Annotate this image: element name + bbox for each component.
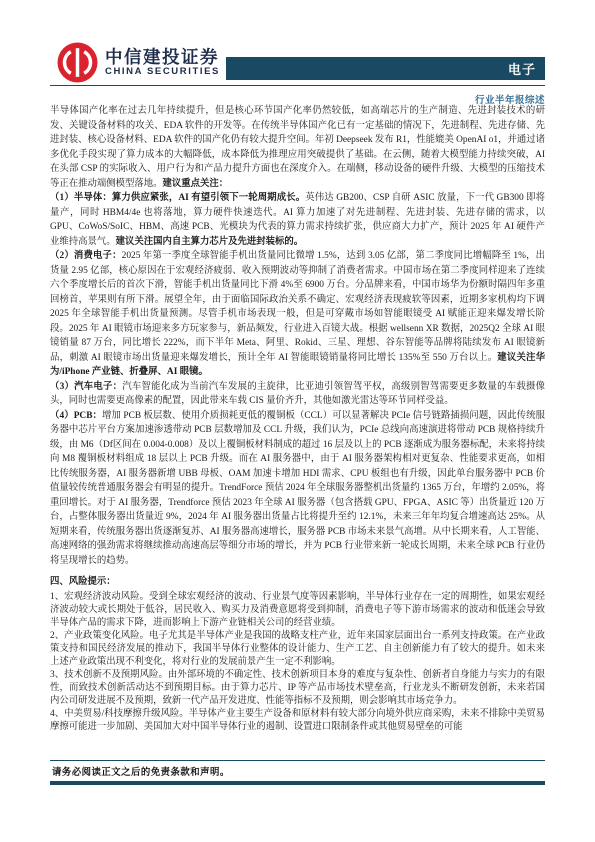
brand-text: 中信建投证券 CHINA SECURITIES	[105, 48, 220, 76]
section-paragraph-semiconductor: （1）半导体：算力供应紧张，AI 有望引领下一轮周期成长。英伟达 GB200、C…	[50, 191, 545, 249]
brand-block: 中信建投证券 CHINA SECURITIES	[57, 42, 220, 83]
section-lead: 算力供应紧张，AI 有望引领下一轮周期成长。	[112, 193, 305, 203]
section-label: （2）消费电子：	[50, 251, 122, 261]
brand-name-cn: 中信建投证券	[105, 48, 220, 66]
risk-list: 1、宏观经济波动风险。受到全球宏观经济的波动、行业景气度等因素影响，半导体行业存…	[50, 591, 545, 734]
intro-highlight: 建议重点关注：	[163, 179, 229, 189]
intro-paragraph: 半导体国产化率在过去几年持续提升，但是核心环节国产化率仍然较低，如高端芯片的生产…	[50, 104, 545, 191]
brand-name-en: CHINA SECURITIES	[105, 67, 220, 77]
citic-logo-icon	[57, 42, 98, 83]
report-page: 中信建投证券 CHINA SECURITIES 电子 行业半年报综述 半导体国产…	[0, 0, 595, 842]
risk-item-innovation: 3、技术创新不及预期风险。由外部环境的不确定性、技术创新项目本身的难度与复杂性、…	[50, 669, 545, 708]
section-text: 增加 PCB 板层数、使用介质损耗更低的覆铜板（CCL）可以显著解决 PCIe …	[50, 411, 545, 566]
footer-divider-thick	[50, 781, 545, 785]
section-label: （1）半导体：	[50, 193, 112, 203]
section-paragraph-auto-electronics: （3）汽车电子：汽车智能化成为当前汽车发展的主旋律，比亚迪引领智驾平权，高级别智…	[50, 380, 545, 409]
section-paragraph-consumer-electronics: （2）消费电子：2025 年第一季度全球智能手机出货量同比微增 1.5%，达到 …	[50, 249, 545, 380]
sector-tag: 电子	[508, 59, 536, 78]
footer-disclaimer: 请务必阅读正文之后的免责条款和声明。	[52, 764, 230, 778]
sector-tag-bar: 电子	[226, 57, 545, 80]
report-body: 半导体国产化率在过去几年持续提升，但是核心环节国产化率仍然较低，如高端芯片的生产…	[50, 104, 545, 758]
section-highlight: 建议关注国内自主算力芯片及先进封装标的。	[116, 237, 304, 247]
section-label: （3）汽车电子：	[50, 382, 122, 392]
section-text: 汽车智能化成为当前汽车发展的主旋律，比亚迪引领智驾平权，高级别智驾需要更多数量的…	[50, 382, 545, 407]
risk-section-heading: 四、风险提示：	[50, 575, 545, 589]
risk-item-trade-friction: 4、中美贸易/科技摩擦升级风险。半导体产业主要生产设备和原材料有较大部分向境外供…	[50, 708, 545, 734]
risk-item-policy: 2、产业政策变化风险。电子尤其是半导体产业是我国的战略支柱产业，近年来国家层面出…	[50, 630, 545, 669]
section-text: 2025 年第一季度全球智能手机出货量同比微增 1.5%，达到 3.05 亿部，…	[50, 251, 545, 363]
risk-item-macro: 1、宏观经济波动风险。受到全球宏观经济的波动、行业景气度等因素影响，半导体行业存…	[50, 591, 545, 630]
footer-divider-thin	[50, 760, 545, 761]
section-paragraph-pcb: （4）PCB：增加 PCB 板层数、使用介质损耗更低的覆铜板（CCL）可以显著解…	[50, 409, 545, 569]
header-divider	[50, 85, 545, 86]
section-label: （4）PCB：	[50, 411, 102, 421]
intro-text: 半导体国产化率在过去几年持续提升，但是核心环节国产化率仍然较低，如高端芯片的生产…	[50, 106, 545, 189]
